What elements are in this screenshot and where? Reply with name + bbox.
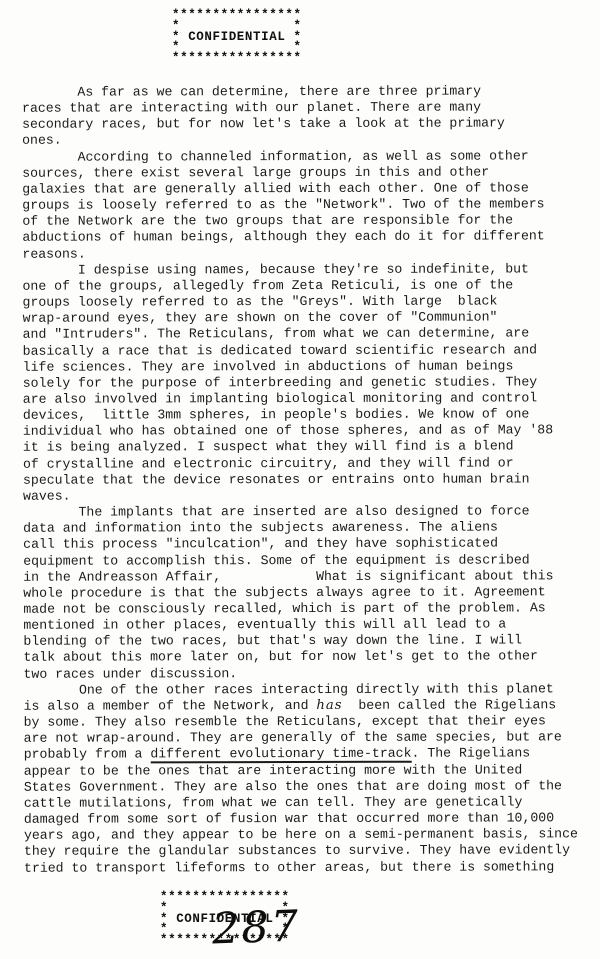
paragraph: According to channeled information, as w… [22,148,592,263]
handwritten-word: has [316,698,342,713]
document-page: **************** * * * CONFIDENTIAL * * … [0,0,600,959]
paragraph: One of the other races interacting direc… [24,681,595,876]
paragraph: The implants that are inserted are also … [23,503,593,682]
document-text: As far as we can determine, there are th… [22,83,594,876]
page-number: 287 [211,901,301,954]
paragraph: I despise using names, because they're s… [22,261,593,505]
paragraph: As far as we can determine, there are th… [22,83,592,149]
confidential-stamp-top: **************** * * * CONFIDENTIAL * * … [172,10,302,64]
underlined-phrase: different evolutionary time-track [150,746,411,764]
